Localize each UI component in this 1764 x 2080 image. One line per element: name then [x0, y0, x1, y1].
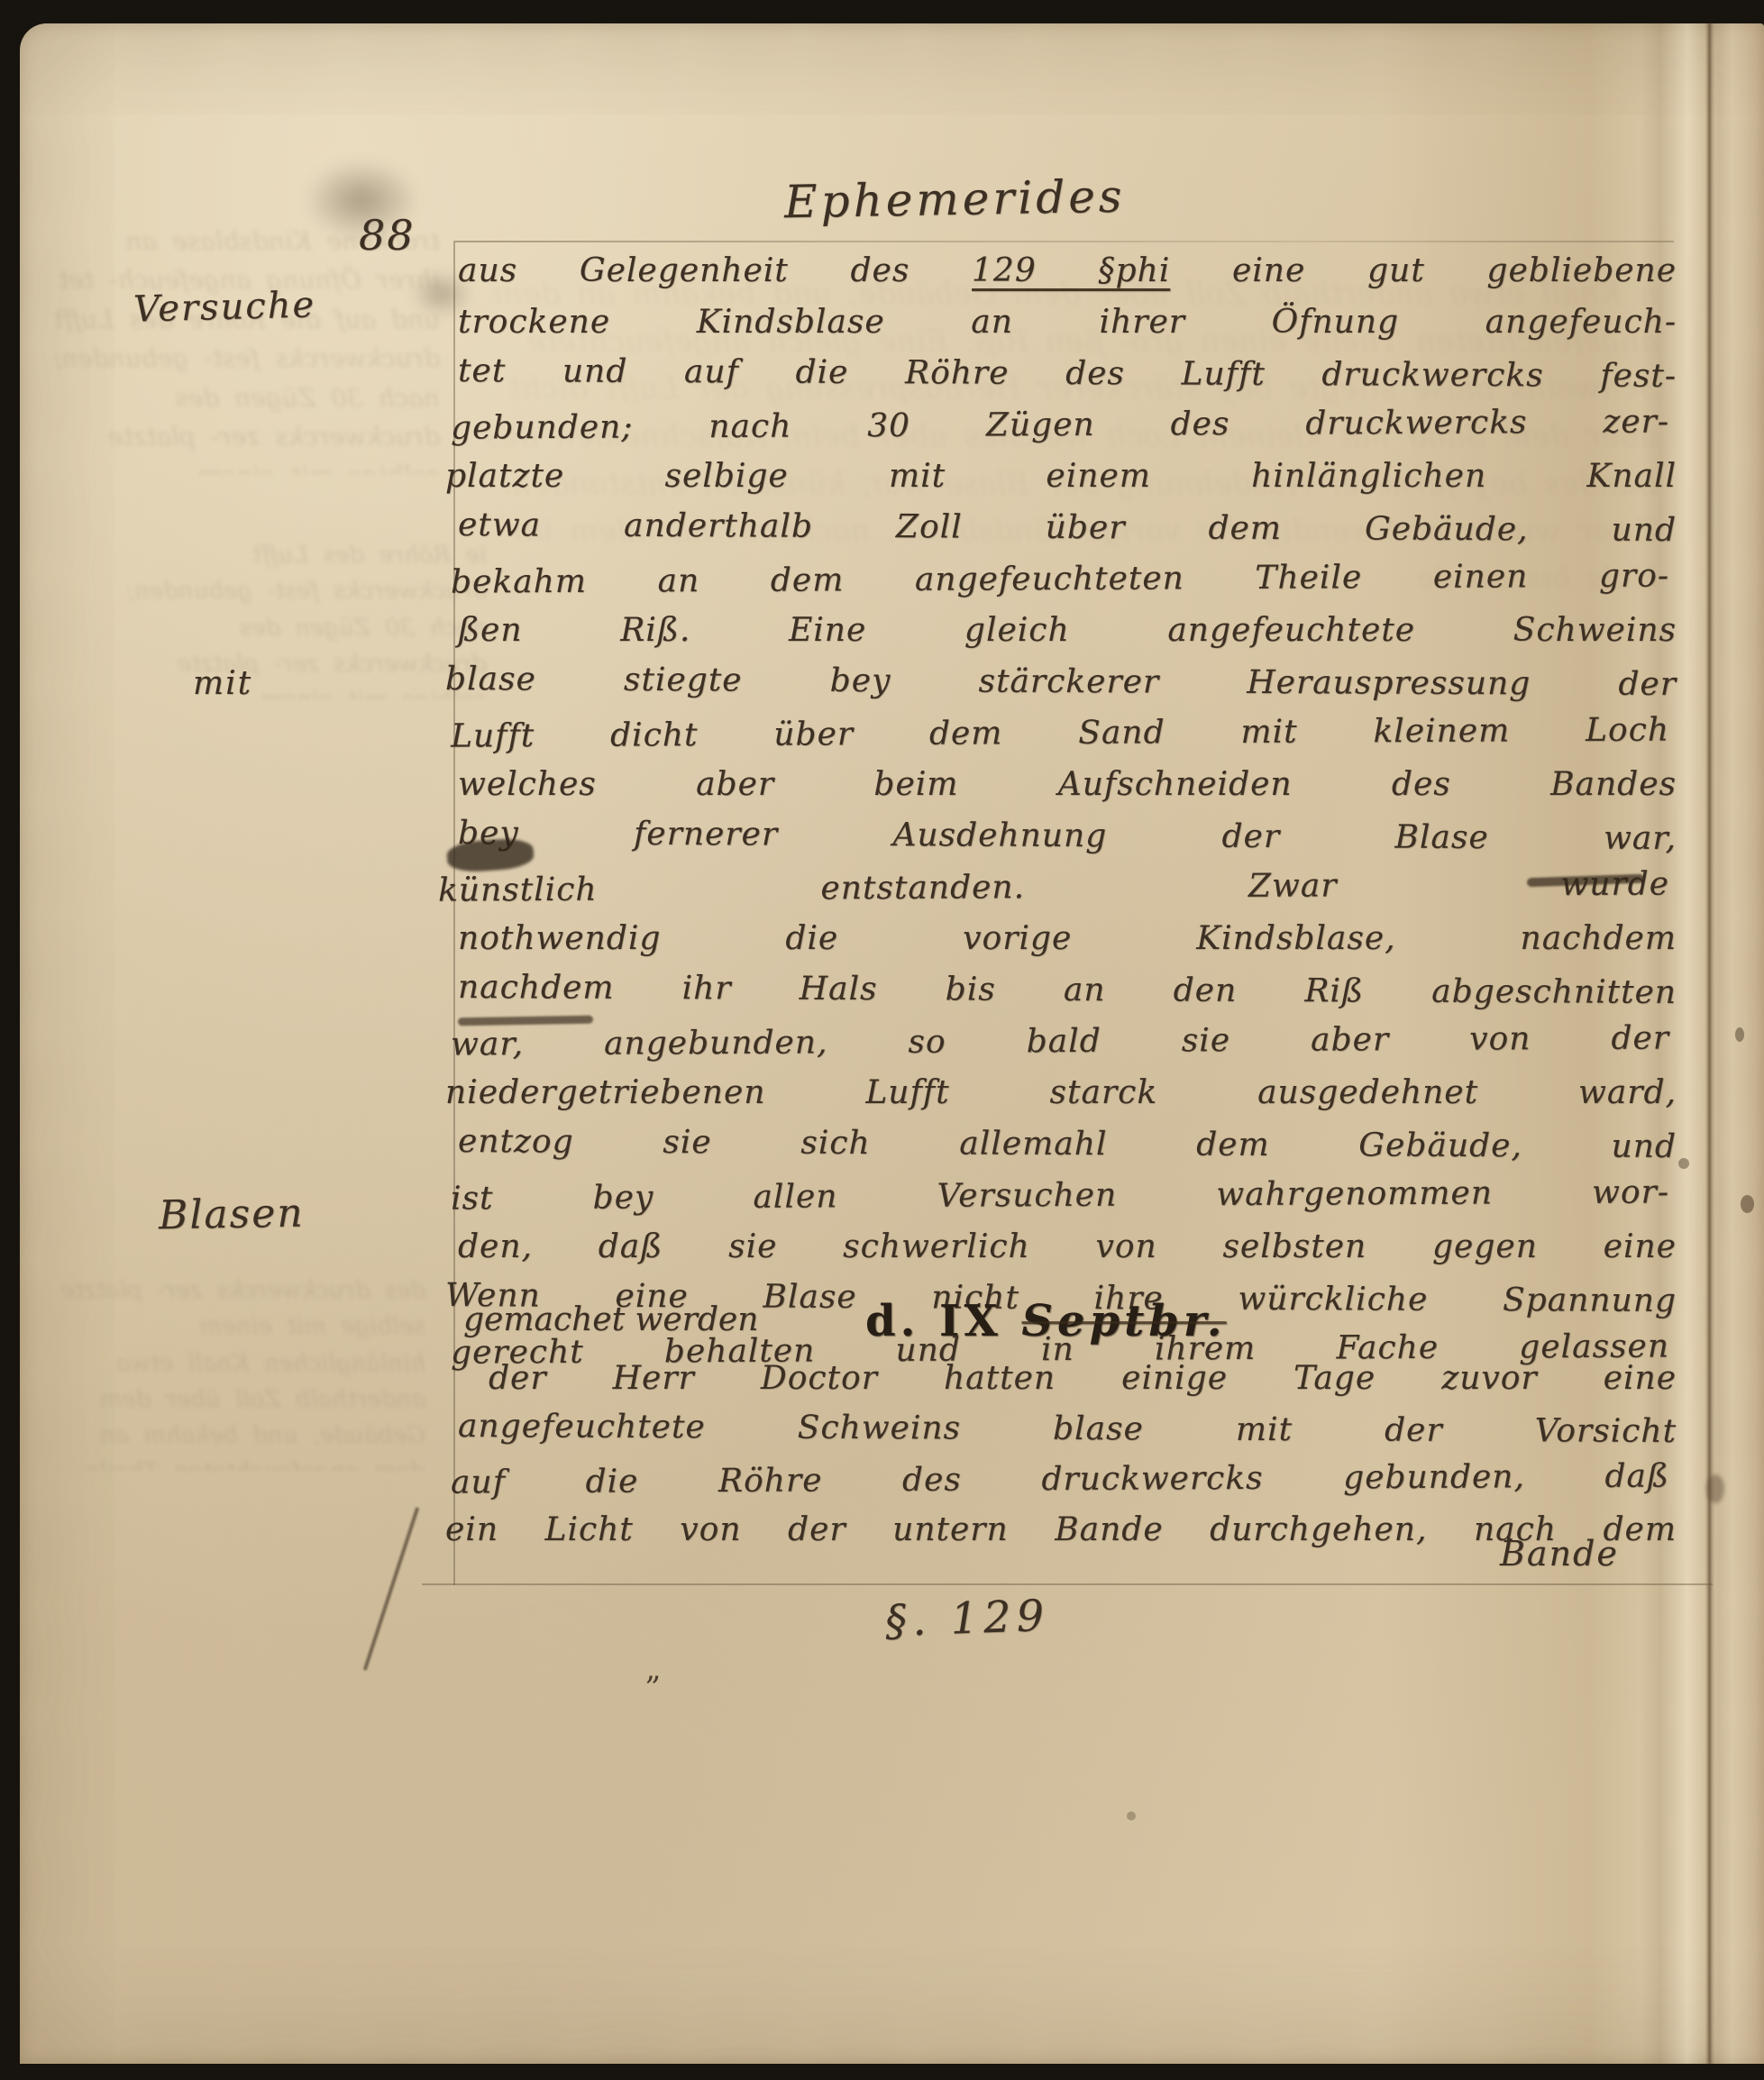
- manuscript-line: etwa anderthalb Zoll über dem Gebäude, u…: [458, 499, 1677, 556]
- manuscript-line: welches aber beim Aufschneiden des Bande…: [458, 759, 1677, 810]
- manuscript-scan: trockene Kindsblase an ihrer Öfnung ange…: [0, 0, 1764, 2080]
- manuscript-line: gebunden; nach 30 Zügen des druckwercks …: [451, 397, 1669, 454]
- margin-note-mit: mit: [193, 665, 252, 702]
- manuscript-line: der Herr Doctor hatten einige Tage zuvor…: [458, 1354, 1677, 1404]
- manuscript-line: nachdem ihr Hals bis an den Riß abgeschn…: [458, 962, 1677, 1018]
- date-heading-month-abbr: Septbr.: [1021, 1296, 1226, 1346]
- margin-note-versuche: Versuche: [133, 284, 315, 330]
- line-text: aus Gelegenheit des: [458, 252, 972, 289]
- manuscript-line: auf die Röhre des druckwercks gebunden, …: [451, 1452, 1669, 1509]
- section-number: §. 129: [884, 1591, 1050, 1647]
- manuscript-line: den, daß sie schwerlich von selbsten geg…: [458, 1221, 1677, 1273]
- text-block-rule-top: [455, 241, 1674, 242]
- manuscript-line: künstlich entstanden. Zwar wurde: [438, 858, 1669, 916]
- section-reference-underlined: 129 §phi: [972, 252, 1170, 289]
- manuscript-line: nothwendig die vorige Kindsblase, nachde…: [458, 913, 1677, 964]
- manuscript-line: angefeuchtete Schweins blase mit der Vor…: [458, 1401, 1677, 1457]
- line-text: eine gut gebliebene: [1170, 252, 1677, 289]
- ditto-mark: „: [645, 1651, 662, 1687]
- manuscript-line: bey fernerer Ausdehnung der Blase war,: [458, 807, 1677, 864]
- manuscript-line: ein Licht von der untern Bande durchgehe…: [445, 1505, 1677, 1555]
- manuscript-line: Lufft dicht über dem Sand mit kleinem Lo…: [451, 705, 1669, 762]
- gutter-crease-line: [1708, 23, 1711, 2064]
- manuscript-line: niedergetriebenen Lufft starck ausgedehn…: [445, 1067, 1677, 1118]
- manuscript-line: trockene Kindsblase an ihrer Öfnung ange…: [458, 296, 1677, 348]
- manuscript-line: platzte selbige mit einem hinlänglichen …: [445, 451, 1677, 502]
- date-heading-row: gemachet werden d. IX Septbr.: [458, 1296, 1677, 1354]
- manuscript-line: ist bey allen Versuchen wahrgenommen wor…: [451, 1167, 1669, 1225]
- manuscript-line: entzog sie sich allemahl dem Gebäude, un…: [458, 1116, 1677, 1172]
- manuscript-lines: trockene Kindsblase an ihrer Öfnung ange…: [458, 296, 1677, 1375]
- manuscript-lines: der Herr Doctor hatten einige Tage zuvor…: [458, 1354, 1677, 1555]
- manuscript-line: war, angebunden, so bald sie aber von de…: [451, 1013, 1669, 1071]
- manuscript-line: tet und auf die Röhre des Lufft druckwer…: [458, 345, 1677, 402]
- manuscript-line: bekahm an dem angefeuchteten Theile eine…: [451, 551, 1669, 608]
- folio-number: 88: [359, 211, 416, 260]
- catchword: Bande: [1500, 1534, 1619, 1574]
- date-heading: d. IX Septbr.: [865, 1296, 1226, 1346]
- manuscript-line: ßen Riß. Eine gleich angefeuchtete Schwe…: [458, 605, 1677, 656]
- date-heading-day: d. IX: [865, 1296, 1021, 1346]
- paragraph-end-text: gemachet werden: [463, 1301, 758, 1338]
- manuscript-line: blase stiegte bey stärckerer Herauspress…: [445, 653, 1677, 710]
- page-title: Ephemerides: [784, 170, 1126, 229]
- margin-note-blasen: Blasen: [159, 1191, 305, 1239]
- manuscript-body-paragraph-1: aus Gelegenheit des 129 §phi eine gut ge…: [458, 245, 1677, 1375]
- manuscript-line: aus Gelegenheit des 129 §phi eine gut ge…: [458, 245, 1677, 296]
- text-block-rule-bottom: [422, 1583, 1713, 1585]
- manuscript-body-paragraph-2: der Herr Doctor hatten einige Tage zuvor…: [458, 1354, 1677, 1555]
